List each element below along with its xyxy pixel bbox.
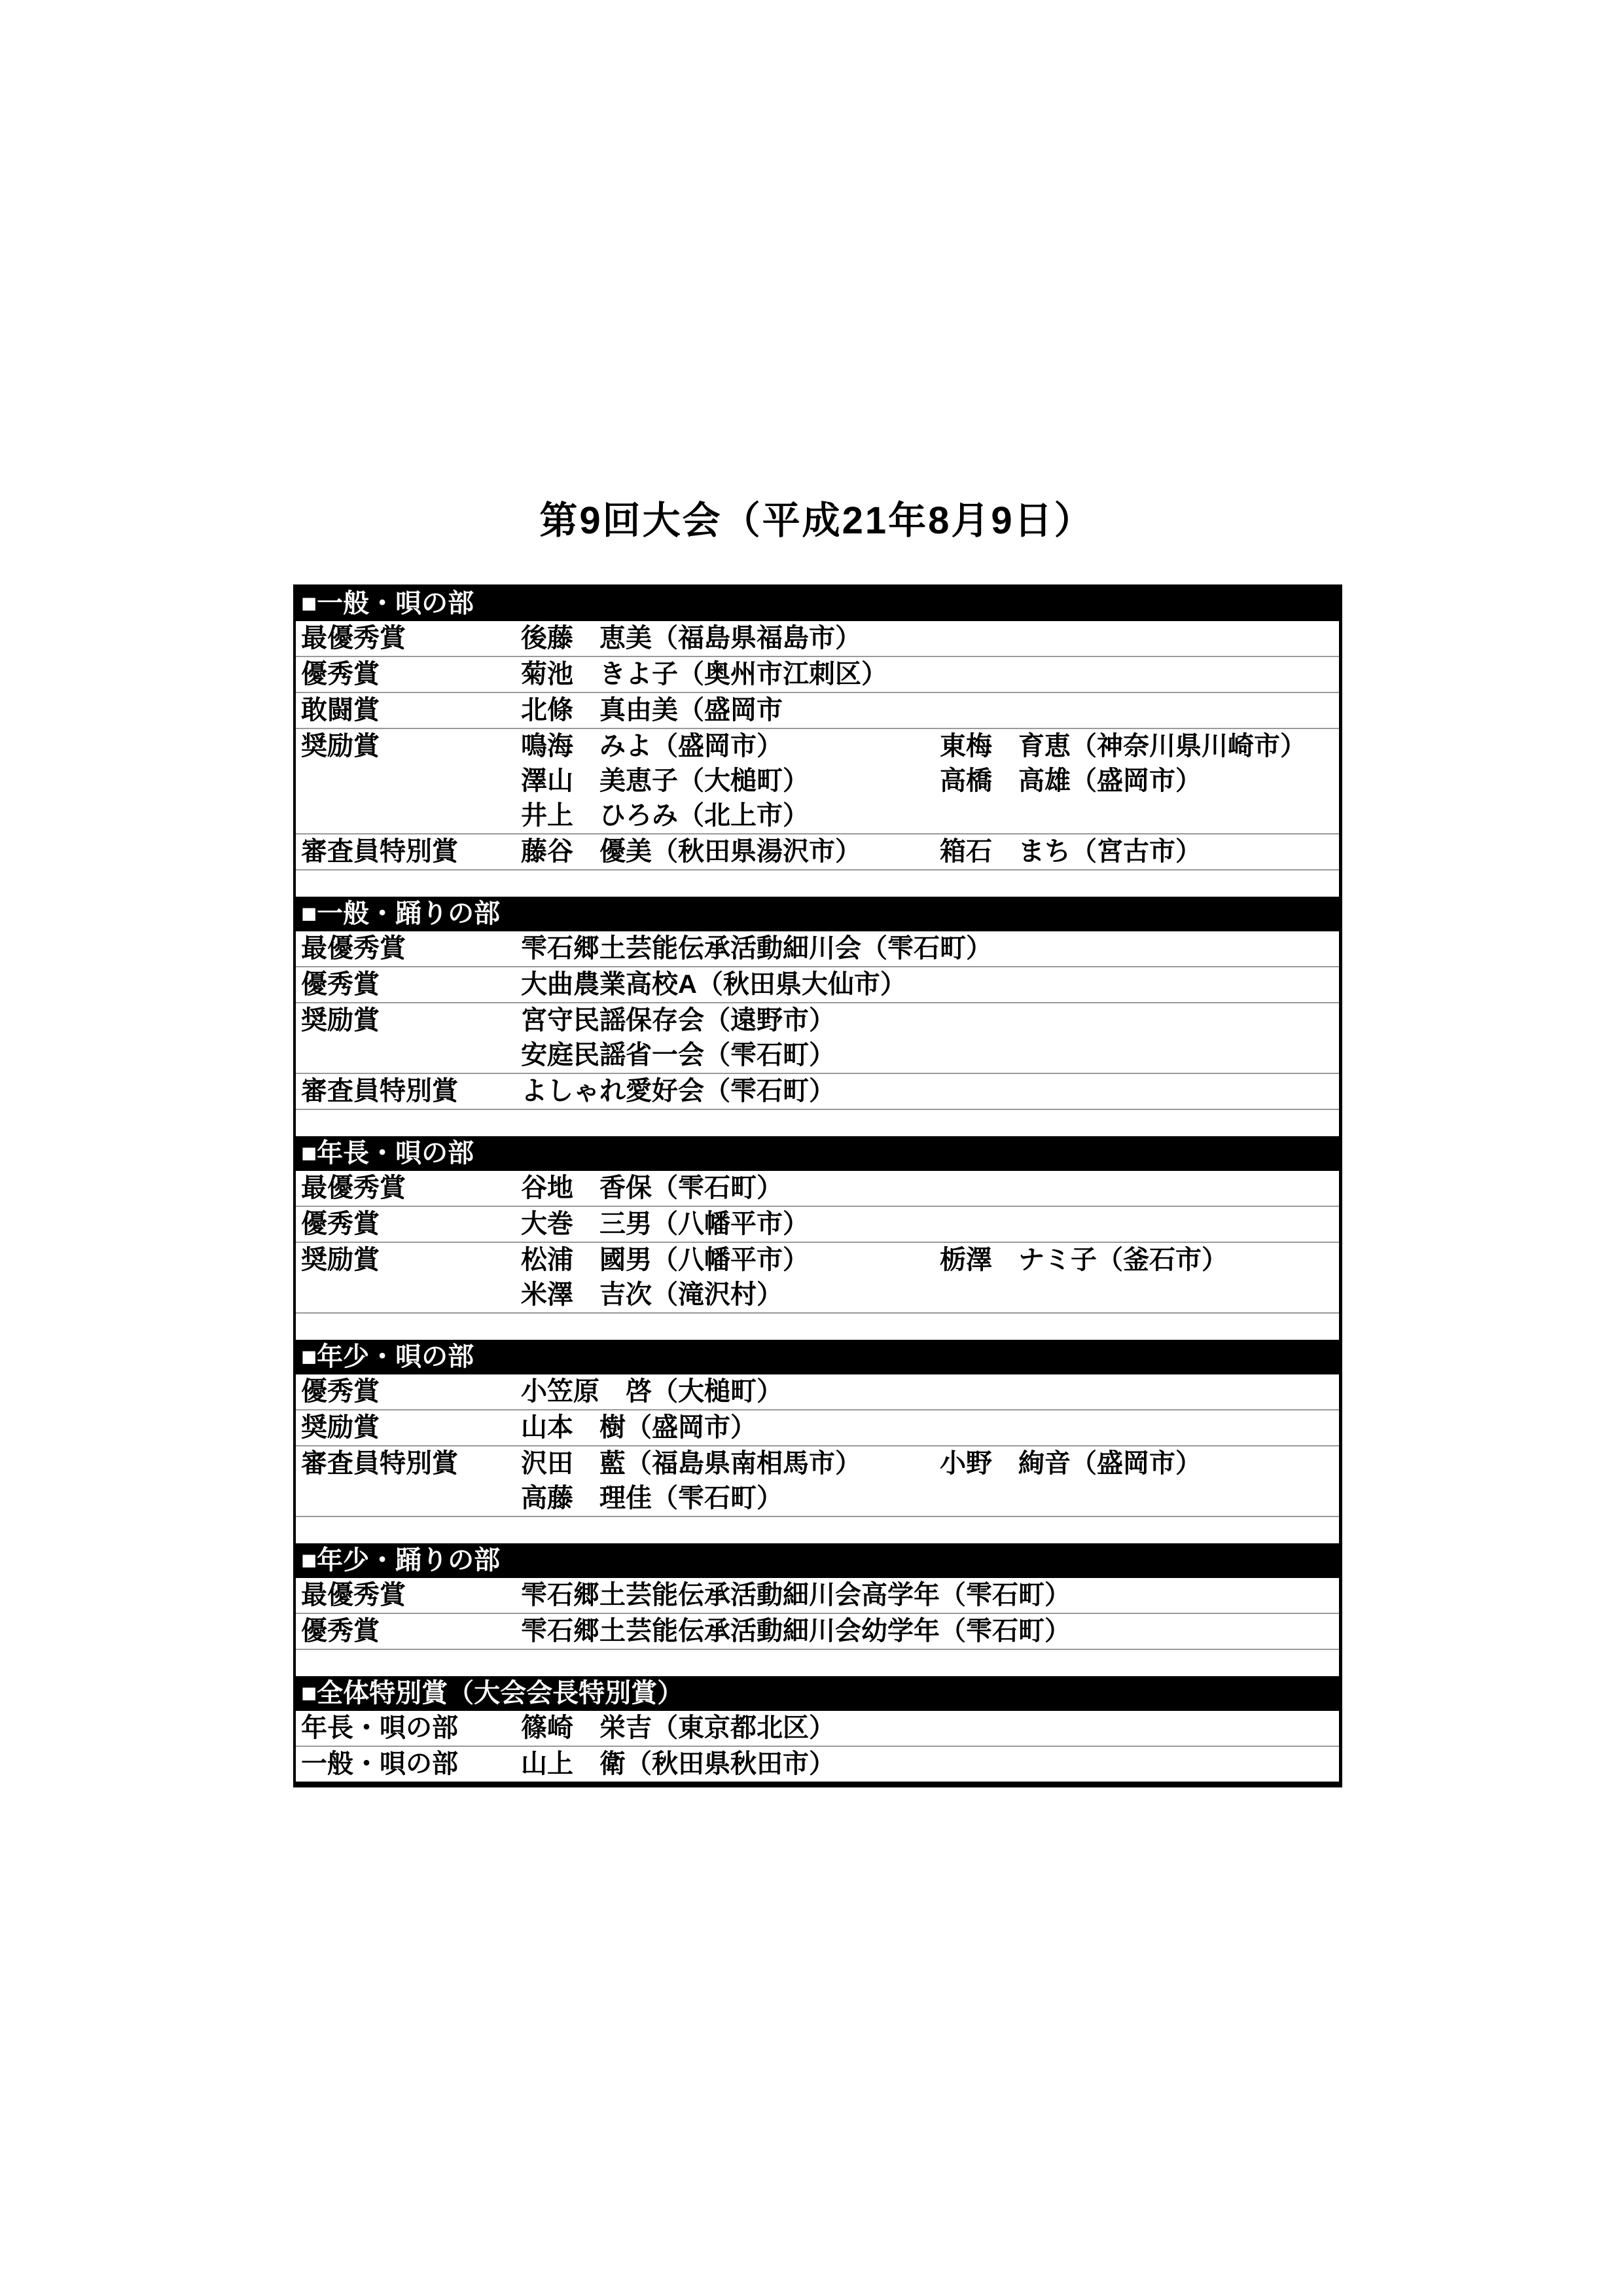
spacer-row — [296, 1516, 1339, 1543]
award-label: 敢闘賞 — [296, 693, 521, 728]
award-row: 最優秀賞雫石郷土芸能伝承活動細川会（雫石町） — [296, 931, 1339, 966]
page-title: 第9回大会（平成21年8月9日） — [293, 490, 1340, 545]
award-line: 雫石郷土芸能伝承活動細川会幼学年（雫石町） — [521, 1614, 1339, 1649]
award-label: 奨励賞 — [296, 729, 521, 833]
award-row: 最優秀賞雫石郷土芸能伝承活動細川会高学年（雫石町） — [296, 1578, 1339, 1613]
winner-name-right — [940, 967, 1339, 1002]
winner-name: 菊池 きよ子（奥州市江刺区） — [521, 657, 940, 692]
award-row: 一般・唄の部山上 衛（秋田県秋田市） — [296, 1746, 1339, 1782]
winner-name-right — [940, 931, 1339, 966]
award-lines: 菊池 きよ子（奥州市江刺区） — [521, 657, 1339, 692]
award-line: 雫石郷土芸能伝承活動細川会高学年（雫石町） — [521, 1578, 1339, 1613]
winner-name: 山上 衛（秋田県秋田市） — [521, 1747, 940, 1782]
winner-name-right: 栃澤 ナミ子（釜石市） — [940, 1243, 1339, 1278]
award-row: 奨励賞松浦 國男（八幡平市）栃澤 ナミ子（釜石市）米澤 吉次（滝沢村） — [296, 1242, 1339, 1312]
award-line: 北條 真由美（盛岡市 — [521, 693, 1339, 728]
award-line: 沢田 藍（福島県南相馬市）小野 絢音（盛岡市） — [521, 1446, 1339, 1481]
award-line: 谷地 香保（雫石町） — [521, 1171, 1339, 1206]
award-label: 一般・唄の部 — [296, 1747, 521, 1782]
award-label: 優秀賞 — [296, 967, 521, 1002]
award-label: 奨励賞 — [296, 1243, 521, 1312]
award-lines: 松浦 國男（八幡平市）栃澤 ナミ子（釜石市）米澤 吉次（滝沢村） — [521, 1243, 1339, 1312]
winner-name: 雫石郷土芸能伝承活動細川会（雫石町） — [521, 931, 940, 966]
award-label: 優秀賞 — [296, 1614, 521, 1649]
award-label: 優秀賞 — [296, 1207, 521, 1242]
award-row: 奨励賞宮守民謡保存会（遠野市）安庭民謡省一会（雫石町） — [296, 1002, 1339, 1073]
award-row: 優秀賞小笠原 啓（大槌町） — [296, 1374, 1339, 1409]
award-label: 優秀賞 — [296, 1374, 521, 1409]
award-lines: 後藤 恵美（福島県福島市） — [521, 621, 1339, 656]
award-line: 小笠原 啓（大槌町） — [521, 1374, 1339, 1409]
winner-name: 高藤 理佳（雫石町） — [521, 1481, 940, 1516]
award-label: 最優秀賞 — [296, 931, 521, 966]
award-line: 大巻 三男（八幡平市） — [521, 1207, 1339, 1242]
winner-name-right — [940, 1711, 1339, 1746]
award-label: 審査員特別賞 — [296, 1446, 521, 1516]
winner-name-right: 東梅 育恵（神奈川県川崎市） — [940, 729, 1339, 764]
award-row: 優秀賞大巻 三男（八幡平市） — [296, 1206, 1339, 1242]
award-lines: 山上 衛（秋田県秋田市） — [521, 1747, 1339, 1782]
section-header: ■年少・唄の部 — [296, 1340, 1339, 1374]
award-lines: 雫石郷土芸能伝承活動細川会高学年（雫石町） — [521, 1578, 1339, 1613]
award-line: 鳴海 みよ（盛岡市）東梅 育恵（神奈川県川崎市） — [521, 729, 1339, 764]
award-label: 最優秀賞 — [296, 621, 521, 656]
winner-name-right — [940, 1074, 1339, 1109]
award-lines: 北條 真由美（盛岡市 — [521, 693, 1339, 728]
award-line: 高藤 理佳（雫石町） — [521, 1481, 1339, 1516]
award-row: 奨励賞鳴海 みよ（盛岡市）東梅 育恵（神奈川県川崎市）澤山 美恵子（大槌町）高橋… — [296, 728, 1339, 833]
section-header: ■年少・踊りの部 — [296, 1543, 1339, 1578]
winner-name-right — [940, 1278, 1339, 1312]
award-line: 宮守民謡保存会（遠野市） — [521, 1003, 1339, 1038]
award-line: 篠崎 栄吉（東京都北区） — [521, 1711, 1339, 1746]
spacer-row — [296, 869, 1339, 897]
winner-name: 宮守民謡保存会（遠野市） — [521, 1003, 940, 1038]
winner-name-right — [940, 1410, 1339, 1445]
section-header: ■一般・唄の部 — [296, 586, 1339, 621]
award-line: 井上 ひろみ（北上市） — [521, 798, 1339, 833]
award-label: 最優秀賞 — [296, 1578, 521, 1613]
award-row: 優秀賞雫石郷土芸能伝承活動細川会幼学年（雫石町） — [296, 1613, 1339, 1649]
award-lines: 鳴海 みよ（盛岡市）東梅 育恵（神奈川県川崎市）澤山 美恵子（大槌町）高橋 高雄… — [521, 729, 1339, 833]
award-line: 菊池 きよ子（奥州市江刺区） — [521, 657, 1339, 692]
award-lines: 大巻 三男（八幡平市） — [521, 1207, 1339, 1242]
award-row: 審査員特別賞藤谷 優美（秋田県湯沢市）箱石 まち（宮古市） — [296, 833, 1339, 869]
award-line: 米澤 吉次（滝沢村） — [521, 1278, 1339, 1312]
winner-name: 雫石郷土芸能伝承活動細川会高学年（雫石町） — [521, 1578, 940, 1613]
award-row: 審査員特別賞沢田 藍（福島県南相馬市）小野 絢音（盛岡市）高藤 理佳（雫石町） — [296, 1445, 1339, 1516]
winner-name: 谷地 香保（雫石町） — [521, 1171, 940, 1206]
winner-name-right: 高橋 高雄（盛岡市） — [940, 764, 1339, 798]
award-label: 優秀賞 — [296, 657, 521, 692]
spacer-row — [296, 1649, 1339, 1676]
award-row: 優秀賞菊池 きよ子（奥州市江刺区） — [296, 656, 1339, 692]
winner-name-right: 小野 絢音（盛岡市） — [940, 1446, 1339, 1481]
award-row: 審査員特別賞よしゃれ愛好会（雫石町） — [296, 1073, 1339, 1109]
winner-name: 大曲農業高校A（秋田県大仙市） — [521, 967, 940, 1002]
award-row: 優秀賞大曲農業高校A（秋田県大仙市） — [296, 966, 1339, 1002]
award-row: 最優秀賞谷地 香保（雫石町） — [296, 1171, 1339, 1206]
winner-name: 鳴海 みよ（盛岡市） — [521, 729, 940, 764]
award-line: 澤山 美恵子（大槌町）高橋 高雄（盛岡市） — [521, 764, 1339, 798]
award-lines: 藤谷 優美（秋田県湯沢市）箱石 まち（宮古市） — [521, 834, 1339, 869]
winner-name: 松浦 國男（八幡平市） — [521, 1243, 940, 1278]
winner-name-right — [940, 693, 1339, 728]
award-label: 奨励賞 — [296, 1003, 521, 1073]
spacer-row — [296, 1312, 1339, 1340]
award-label: 奨励賞 — [296, 1410, 521, 1445]
award-label: 審査員特別賞 — [296, 834, 521, 869]
award-row: 最優秀賞後藤 恵美（福島県福島市） — [296, 621, 1339, 656]
section-header: ■年長・唄の部 — [296, 1136, 1339, 1171]
winner-name: 小笠原 啓（大槌町） — [521, 1374, 940, 1409]
winner-name: 山本 樹（盛岡市） — [521, 1410, 940, 1445]
winner-name: 井上 ひろみ（北上市） — [521, 798, 940, 833]
award-line: 藤谷 優美（秋田県湯沢市）箱石 まち（宮古市） — [521, 834, 1339, 869]
winner-name: 北條 真由美（盛岡市 — [521, 693, 940, 728]
award-lines: 宮守民謡保存会（遠野市）安庭民謡省一会（雫石町） — [521, 1003, 1339, 1073]
spacer-row — [296, 1109, 1339, 1136]
winner-name-right — [940, 621, 1339, 656]
award-row: 奨励賞山本 樹（盛岡市） — [296, 1409, 1339, 1445]
winner-name: 澤山 美恵子（大槌町） — [521, 764, 940, 798]
award-lines: 篠崎 栄吉（東京都北区） — [521, 1711, 1339, 1746]
winner-name-right — [940, 1578, 1339, 1613]
winner-name-right — [940, 1614, 1339, 1649]
award-lines: 雫石郷土芸能伝承活動細川会幼学年（雫石町） — [521, 1614, 1339, 1649]
award-row: 年長・唄の部篠崎 栄吉（東京都北区） — [296, 1711, 1339, 1746]
winner-name-right — [940, 1038, 1339, 1073]
award-lines: 山本 樹（盛岡市） — [521, 1410, 1339, 1445]
award-line: よしゃれ愛好会（雫石町） — [521, 1074, 1339, 1109]
winner-name: 篠崎 栄吉（東京都北区） — [521, 1711, 940, 1746]
winner-name: 後藤 恵美（福島県福島市） — [521, 621, 940, 656]
winner-name-right — [940, 1171, 1339, 1206]
award-lines: 谷地 香保（雫石町） — [521, 1171, 1339, 1206]
winner-name: 米澤 吉次（滝沢村） — [521, 1278, 940, 1312]
winner-name-right — [940, 1481, 1339, 1516]
award-lines: 小笠原 啓（大槌町） — [521, 1374, 1339, 1409]
winner-name-right — [940, 1747, 1339, 1782]
award-lines: 雫石郷土芸能伝承活動細川会（雫石町） — [521, 931, 1339, 966]
award-lines: 大曲農業高校A（秋田県大仙市） — [521, 967, 1339, 1002]
winner-name-right — [940, 1003, 1339, 1038]
winner-name: 藤谷 優美（秋田県湯沢市） — [521, 834, 940, 869]
award-line: 後藤 恵美（福島県福島市） — [521, 621, 1339, 656]
winner-name: 安庭民謡省一会（雫石町） — [521, 1038, 940, 1073]
winner-name: 沢田 藍（福島県南相馬市） — [521, 1446, 940, 1481]
section-header: ■全体特別賞（大会会長特別賞） — [296, 1676, 1339, 1711]
award-line: 山本 樹（盛岡市） — [521, 1410, 1339, 1445]
award-label: 最優秀賞 — [296, 1171, 521, 1206]
award-line: 松浦 國男（八幡平市）栃澤 ナミ子（釜石市） — [521, 1243, 1339, 1278]
award-lines: よしゃれ愛好会（雫石町） — [521, 1074, 1339, 1109]
award-line: 安庭民謡省一会（雫石町） — [521, 1038, 1339, 1073]
section-header: ■一般・踊りの部 — [296, 897, 1339, 931]
winner-name-right — [940, 1374, 1339, 1409]
winner-name-right — [940, 798, 1339, 833]
winner-name-right — [940, 657, 1339, 692]
award-row: 敢闘賞北條 真由美（盛岡市 — [296, 692, 1339, 728]
winner-name-right: 箱石 まち（宮古市） — [940, 834, 1339, 869]
award-lines: 沢田 藍（福島県南相馬市）小野 絢音（盛岡市）高藤 理佳（雫石町） — [521, 1446, 1339, 1516]
results-table: ■一般・唄の部最優秀賞後藤 恵美（福島県福島市）優秀賞菊池 きよ子（奥州市江刺区… — [293, 584, 1342, 1787]
winner-name-right — [940, 1207, 1339, 1242]
award-label: 審査員特別賞 — [296, 1074, 521, 1109]
winner-name: よしゃれ愛好会（雫石町） — [521, 1074, 940, 1109]
winner-name: 大巻 三男（八幡平市） — [521, 1207, 940, 1242]
award-line: 山上 衛（秋田県秋田市） — [521, 1747, 1339, 1782]
award-label: 年長・唄の部 — [296, 1711, 521, 1746]
winner-name: 雫石郷土芸能伝承活動細川会幼学年（雫石町） — [521, 1614, 940, 1649]
award-line: 雫石郷土芸能伝承活動細川会（雫石町） — [521, 931, 1339, 966]
award-line: 大曲農業高校A（秋田県大仙市） — [521, 967, 1339, 1002]
